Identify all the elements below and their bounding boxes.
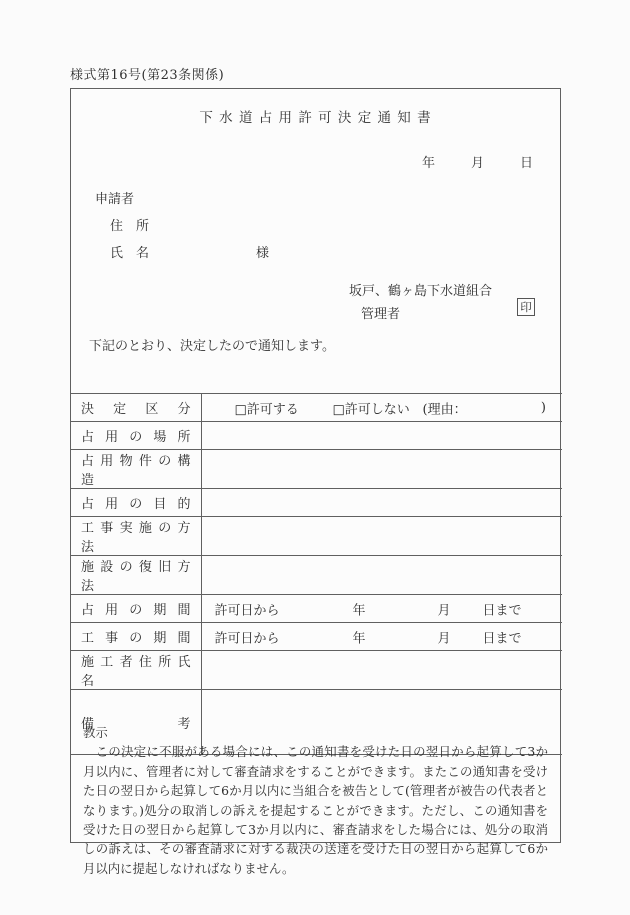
applicant-heading: 申請者 [95, 188, 134, 207]
decision-options-cell: □許可する □許可しない (理由： ) [201, 394, 562, 422]
seal-placeholder: 印 [517, 298, 535, 316]
contractor-input-cell[interactable] [201, 651, 562, 690]
period-from-label: 許可日から [215, 599, 280, 618]
row-label-construction-period: 工 事 の 期 間 [71, 623, 201, 651]
date-day-label: 日 [520, 152, 533, 171]
row-label-purpose: 占 用 の 目 的 [71, 489, 201, 517]
period-day-to-label: 日まで [483, 627, 522, 646]
period-year-label: 年 [353, 599, 366, 618]
notice-body-text: 下記のとおり、決定したので通知します。 [89, 335, 335, 354]
row-label-decision: 決 定 区 分 [71, 394, 201, 422]
table-row-restoration-method: 施 設 の 復 旧 方 法 [71, 556, 562, 595]
row-label-restoration-method: 施 設 の 復 旧 方 法 [71, 556, 201, 595]
table-row-occupation-period: 占 用 の 期 間 許可日から 年 月 日まで [71, 595, 562, 623]
table-row-structure: 占 用 物 件 の 構 造 [71, 450, 562, 489]
row-label-location: 占 用 の 場 所 [71, 422, 201, 450]
table-row-construction-method: 工 事 実 施 の 方 法 [71, 517, 562, 556]
notice-form-border: 下 水 道 占 用 許 可 決 定 通 知 書 年 月 日 申請者 住 所 氏 … [70, 88, 561, 843]
applicant-name-line: 氏 名 様 [110, 242, 149, 261]
decision-table: 決 定 区 分 □許可する □許可しない (理由： ) 占 用 の 場 所 占 … [71, 393, 562, 755]
table-row-construction-period: 工 事 の 期 間 許可日から 年 月 日まで [71, 623, 562, 651]
issuer-title: 管理者 [361, 303, 400, 322]
checkbox-deny[interactable]: □許可しない [333, 398, 410, 417]
appeal-instructions-section: 教示 この決定に不服がある場合には、この通知書を受けた日の翌日から起算して3か月… [71, 714, 560, 842]
construction-period-cell[interactable]: 許可日から 年 月 日まで [201, 623, 562, 651]
occupation-period-cell[interactable]: 許可日から 年 月 日まで [201, 595, 562, 623]
construction-method-input-cell[interactable] [201, 517, 562, 556]
structure-input-cell[interactable] [201, 450, 562, 489]
reason-open-label: (理由： [423, 398, 467, 417]
table-row-location: 占 用 の 場 所 [71, 422, 562, 450]
period-day-to-label: 日まで [483, 599, 522, 618]
form-code-label: 様式第16号(第23条関係) [70, 64, 224, 83]
honorific-label: 様 [256, 242, 269, 261]
purpose-input-cell[interactable] [201, 489, 562, 517]
period-year-label: 年 [353, 627, 366, 646]
table-row-purpose: 占 用 の 目 的 [71, 489, 562, 517]
table-row-contractor: 施 工 者 住 所 氏 名 [71, 651, 562, 690]
location-input-cell[interactable] [201, 422, 562, 450]
row-label-contractor: 施 工 者 住 所 氏 名 [71, 651, 201, 690]
period-month-label: 月 [438, 599, 451, 618]
checkbox-permit[interactable]: □許可する [235, 398, 299, 417]
row-label-construction-method: 工 事 実 施 の 方 法 [71, 517, 201, 556]
applicant-address-label: 住 所 [110, 215, 149, 234]
row-label-occupation-period: 占 用 の 期 間 [71, 595, 201, 623]
document-title: 下 水 道 占 用 許 可 決 定 通 知 書 [71, 106, 560, 126]
reason-close-label: ) [541, 400, 546, 415]
row-label-structure: 占 用 物 件 の 構 造 [71, 450, 201, 489]
period-month-label: 月 [438, 627, 451, 646]
issuer-organization: 坂戸、鶴ヶ島下水道組合 [349, 280, 492, 299]
table-row-decision: 決 定 区 分 □許可する □許可しない (理由： ) [71, 394, 562, 422]
document-page: 様式第16号(第23条関係) 下 水 道 占 用 許 可 決 定 通 知 書 年… [0, 0, 630, 915]
issue-date-line: 年 月 日 [71, 152, 560, 170]
period-from-label: 許可日から [215, 627, 280, 646]
date-year-label: 年 [422, 152, 435, 171]
date-month-label: 月 [471, 152, 484, 171]
restoration-method-input-cell[interactable] [201, 556, 562, 595]
appeal-instructions-text: この決定に不服がある場合には、この通知書を受けた日の翌日から起算して3か月以内に… [83, 742, 548, 878]
appeal-instructions-heading: 教示 [83, 723, 548, 742]
applicant-name-label: 氏 名 [110, 246, 149, 261]
